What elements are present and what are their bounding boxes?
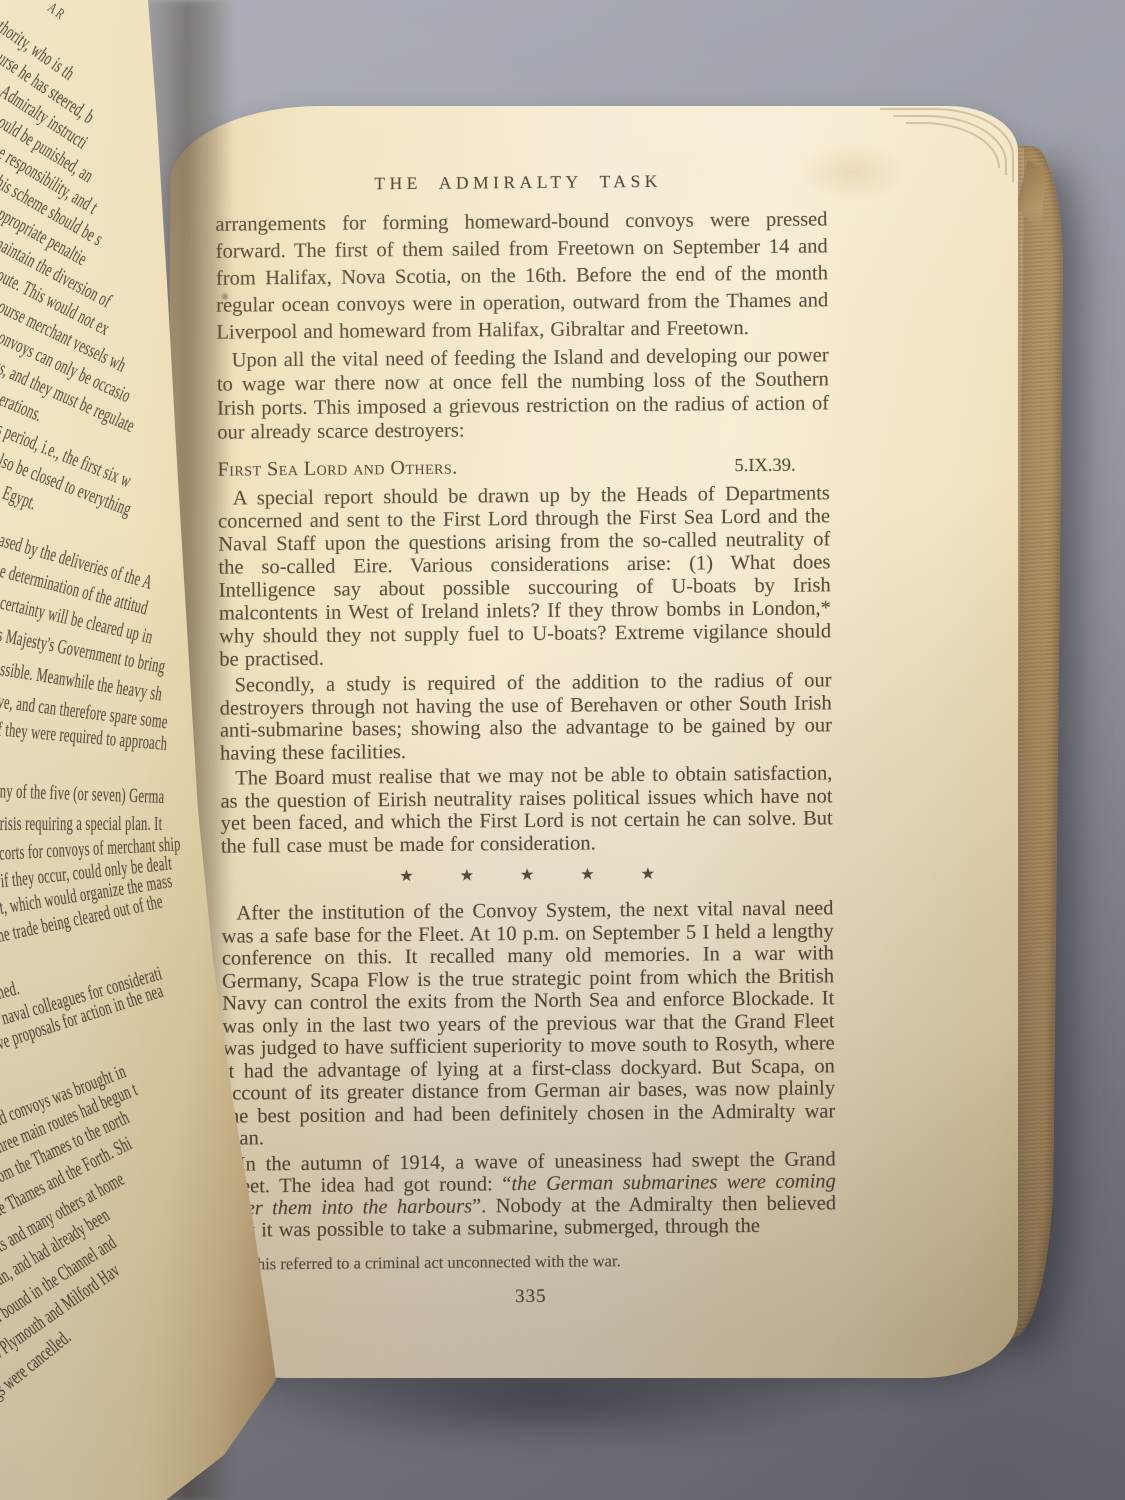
page-number: 335 [225, 1283, 837, 1310]
section-separator-stars: ★ ★ ★ ★ ★ [221, 862, 833, 887]
left-page-text-fragment: crisis requiring a special plan. It [0, 813, 162, 836]
paragraph: Secondly, a study is required of the add… [219, 669, 832, 764]
running-head-fragment: AR [44, 0, 69, 25]
book-photo: THE ADMIRALTY TASK arrangements for form… [0, 0, 1125, 1500]
paragraph: Upon all the vital need of feeding the I… [217, 343, 830, 444]
letter-addressee: First Sea Lord and Others. [218, 457, 458, 482]
paragraph: The Board must realise that we may not b… [220, 762, 833, 857]
paragraph: A special report should be drawn up by t… [218, 482, 832, 671]
right-page-content: THE ADMIRALTY TASK arrangements for form… [215, 169, 837, 1310]
letter-heading: First Sea Lord and Others. 5.IX.39. [218, 453, 830, 481]
fore-edge-worn-patch [1015, 160, 1046, 230]
letter-date: 5.IX.39. [734, 455, 829, 477]
right-page: THE ADMIRALTY TASK arrangements for form… [170, 106, 1018, 1378]
paragraph: arrangements for forming homeward-bound … [215, 206, 828, 346]
paragraph: In the autumn of 1914, a wave of uneasin… [224, 1148, 837, 1241]
left-page-text-fragment: any of the five (or seven) Germa [0, 780, 165, 809]
paragraph: After the institution of the Convoy Syst… [221, 897, 835, 1150]
footnote: *This referred to a criminal act unconne… [224, 1249, 836, 1274]
running-head: THE ADMIRALTY TASK [209, 169, 827, 195]
